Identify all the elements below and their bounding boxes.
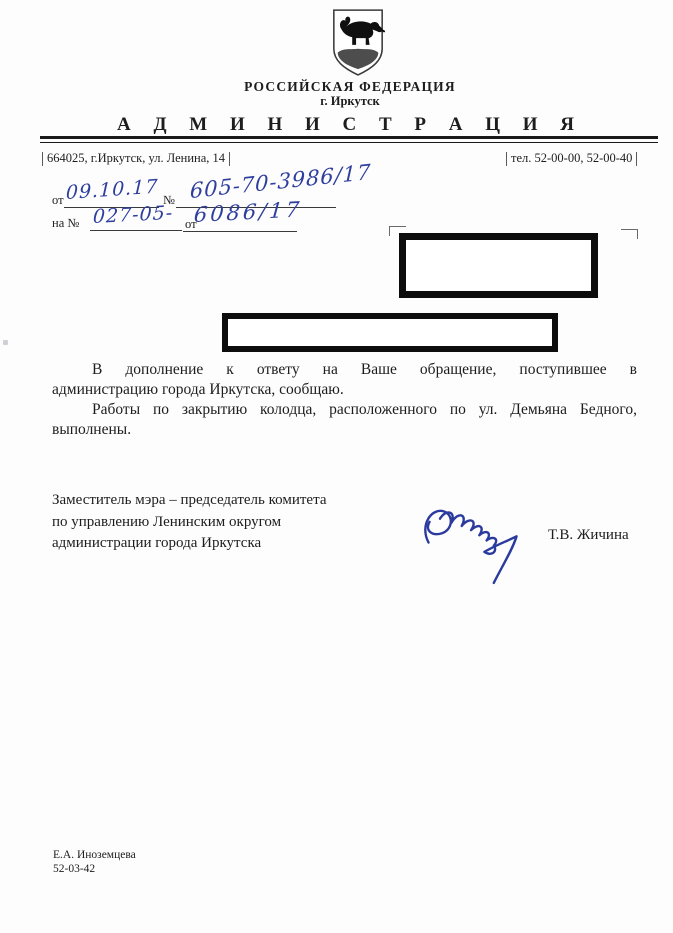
phone-block: тел. 52-00-00, 52-00-40 — [506, 151, 637, 166]
crop-mark-right-2 — [636, 152, 637, 166]
ref-from-label: от — [52, 193, 64, 208]
ref-reply-label: на № — [52, 216, 79, 231]
body-line: Работы по закрытию колодца, расположенно… — [52, 400, 637, 420]
body-line: администрацию города Иркутска, сообщаю. — [52, 380, 637, 400]
redaction-box-addressee — [399, 233, 598, 298]
letter-body: В дополнение к ответу на Ваше обращение,… — [52, 360, 637, 440]
addressee-corner-mark-right — [621, 229, 638, 239]
handwritten-signature — [418, 497, 553, 585]
handwritten-date: 09.10.17 — [66, 175, 159, 204]
city-title: г. Иркутск — [40, 94, 660, 109]
irkutsk-coat-of-arms-icon — [329, 8, 387, 78]
phone-text: тел. 52-00-00, 52-00-40 — [511, 151, 632, 166]
handwritten-incoming-number: 6086/17 — [193, 197, 303, 227]
ref-reply-line — [90, 229, 182, 231]
signoff-title-line: администрации города Иркутска — [52, 533, 326, 555]
address-text: 664025, г.Иркутск, ул. Ленина, 14 — [47, 151, 225, 166]
executor-name: Е.А. Иноземцева — [53, 849, 136, 863]
handwritten-outgoing-number: 605-70-3986/17 — [190, 160, 372, 203]
signer-name: Т.В. Жичина — [548, 527, 629, 544]
body-line: В дополнение к ответу на Ваше обращение,… — [52, 360, 637, 380]
organization-title: А Д М И Н И С Т Р А Ц И Я — [40, 114, 660, 136]
executor-block: Е.А. Иноземцева 52-03-42 — [53, 849, 136, 876]
country-title: РОССИЙСКАЯ ФЕДЕРАЦИЯ — [40, 79, 660, 95]
ref-reply-line-2 — [183, 230, 297, 232]
handwritten-incoming-prefix: 027-05- — [92, 202, 173, 228]
body-line: выполнены. — [52, 420, 637, 440]
scanned-letter-page: РОССИЙСКАЯ ФЕДЕРАЦИЯ г. Иркутск А Д М И … — [0, 0, 673, 933]
header-double-rule — [40, 136, 658, 143]
address-block: 664025, г.Иркутск, ул. Ленина, 14 — [42, 151, 230, 166]
crop-mark-left-2 — [229, 152, 230, 166]
redaction-box-subject — [222, 313, 558, 352]
signoff-title-line: по управлению Ленинским округом — [52, 512, 326, 534]
signoff-title-block: Заместитель мэра – председатель комитета… — [52, 490, 326, 555]
executor-phone: 52-03-42 — [53, 863, 136, 877]
crop-mark-right — [506, 152, 507, 166]
signoff-title-line: Заместитель мэра – председатель комитета — [52, 490, 326, 512]
scan-artifact-speck — [3, 340, 8, 345]
crop-mark-left — [42, 152, 43, 166]
